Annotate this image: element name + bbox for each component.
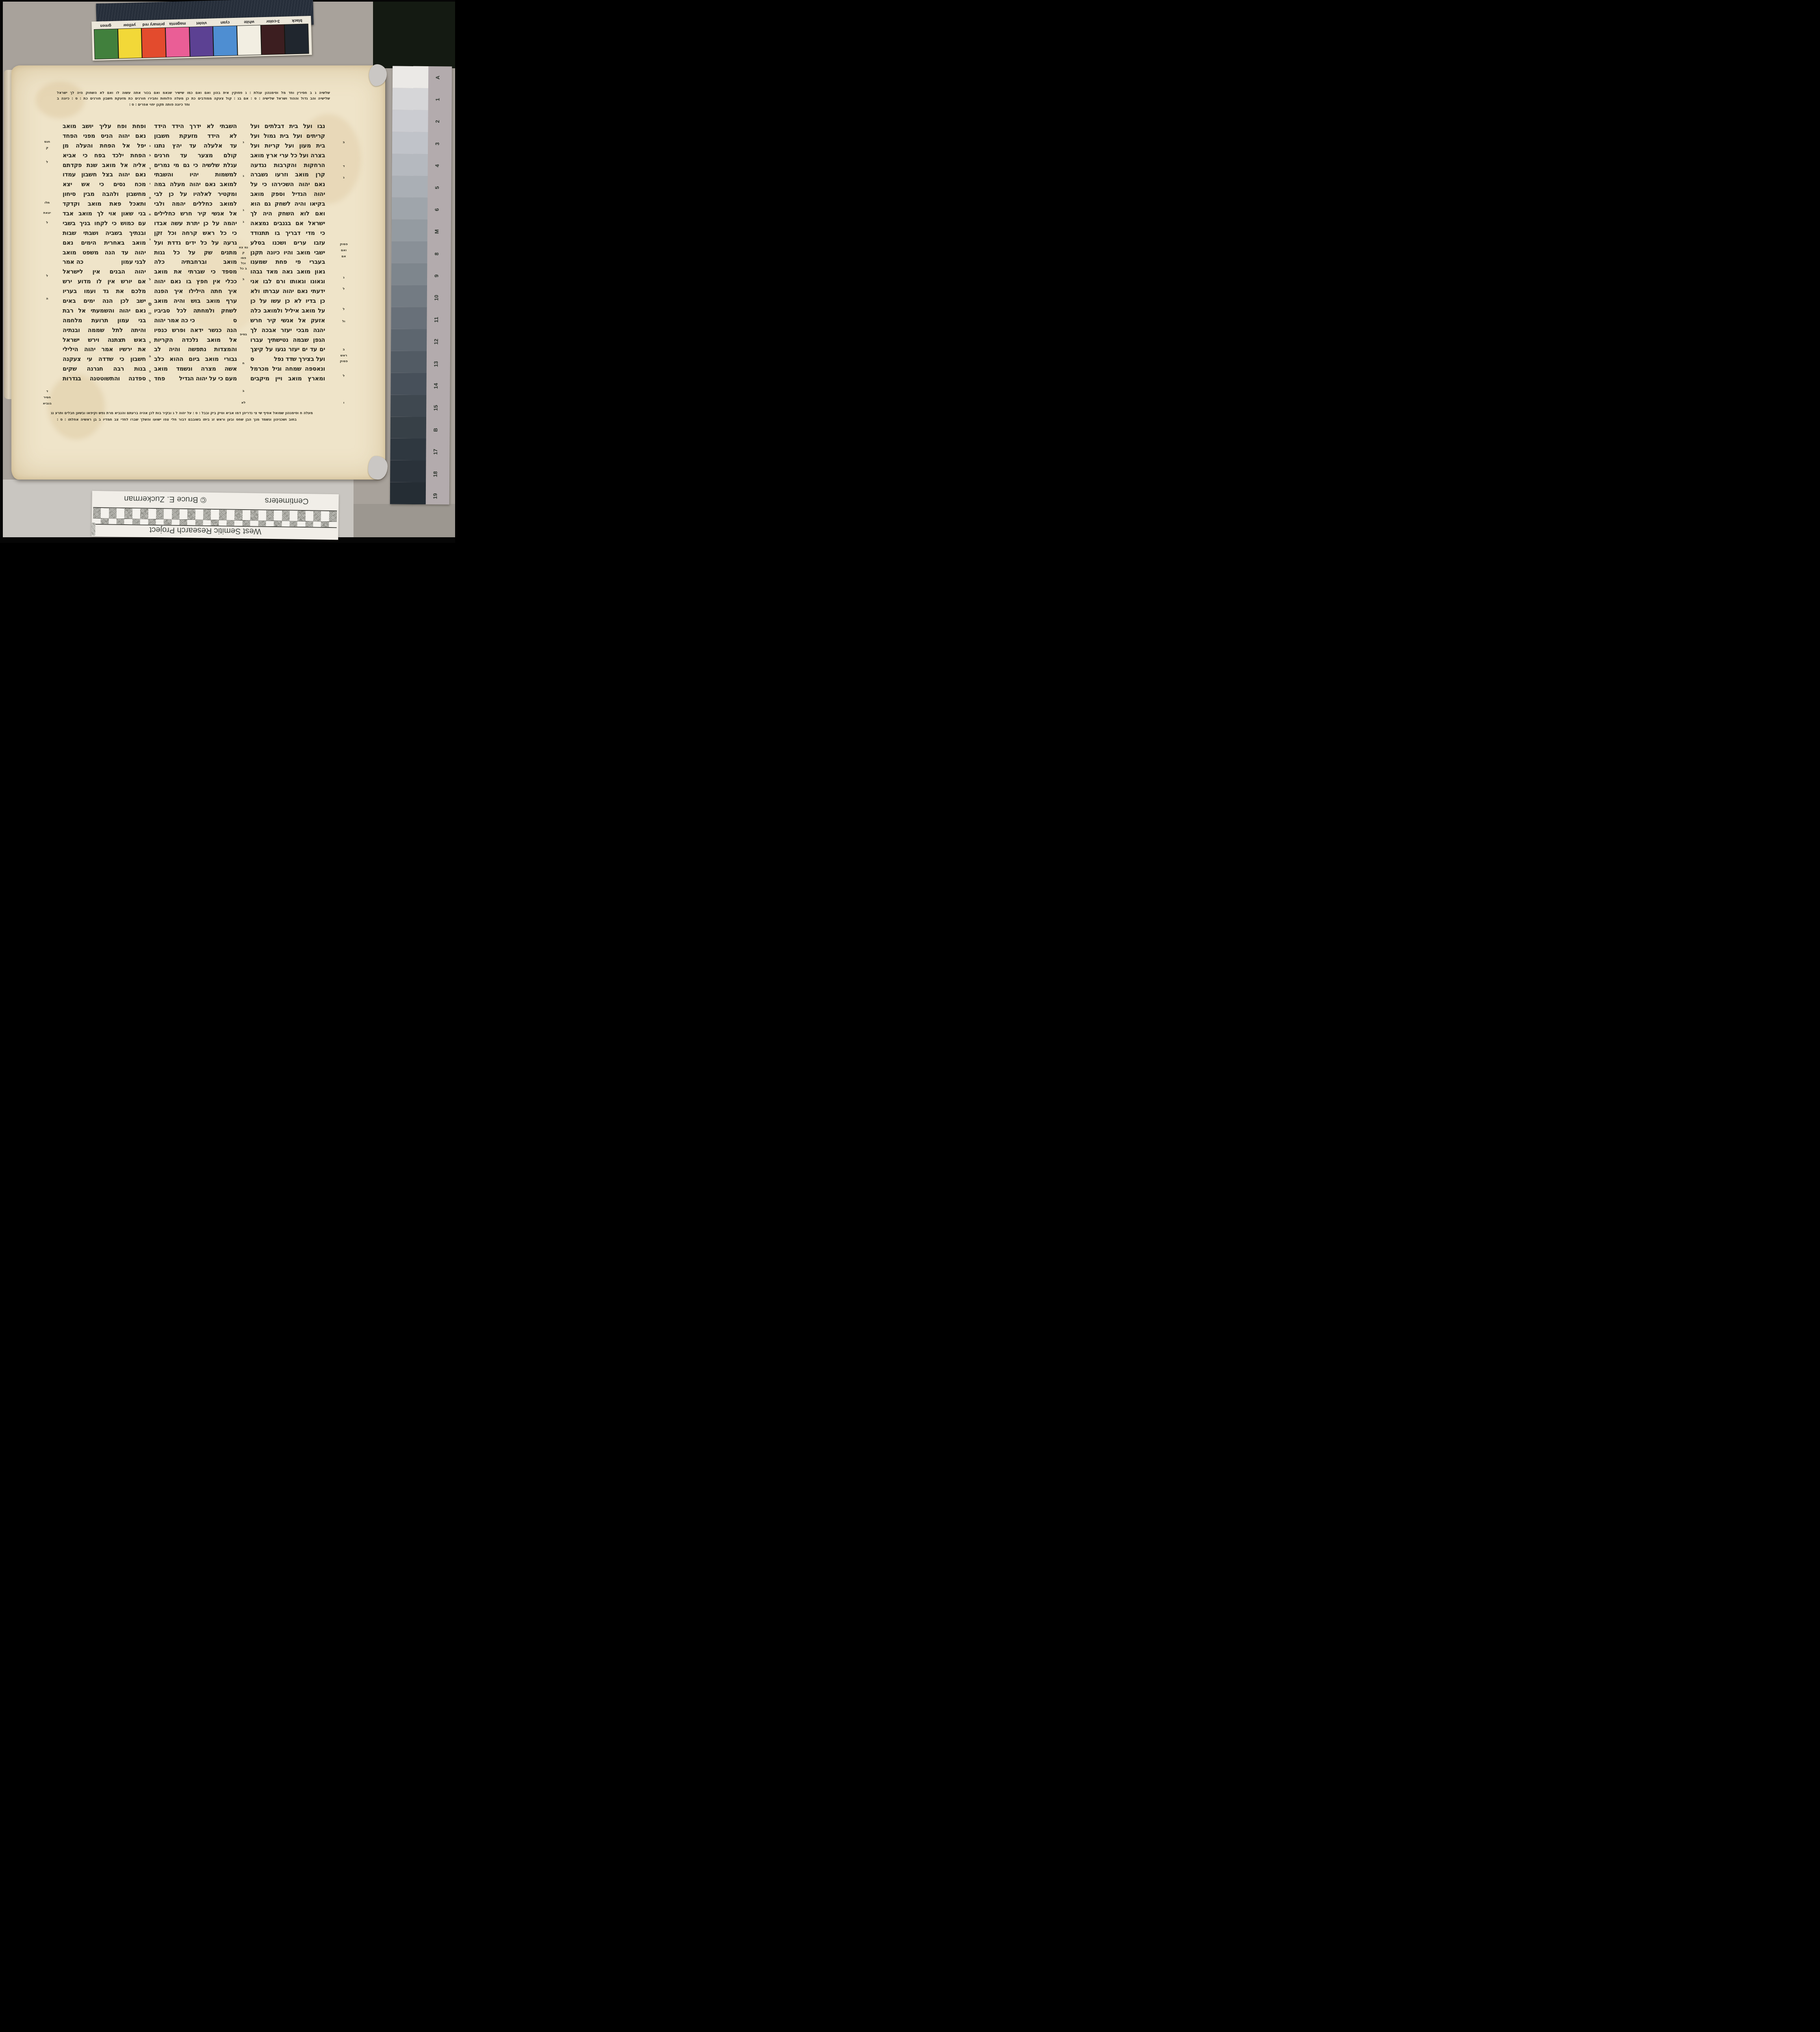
ruler-square [203, 520, 211, 525]
ruler-square [203, 510, 211, 520]
backdrop-bottom-right [354, 504, 455, 537]
text-line: ים עד ים יעזר נגעו על קיצך [250, 345, 325, 355]
gray-step [391, 329, 427, 351]
text-line: מחשבון ולהבה מבין סיחון [63, 190, 146, 200]
text-line: בקיאו והיה לשחק גם הוא [250, 200, 325, 209]
masorah-parva-note: ל [336, 307, 352, 311]
gray-scale-label: 1 [434, 93, 440, 106]
gray-step [392, 219, 427, 241]
masorah-parva-note: ד [336, 164, 352, 168]
column-middle: השבתי לא ידרך הידד הידדלא הידד מזעקת חשב… [154, 122, 237, 384]
masorah-parva-note: לא [237, 401, 249, 404]
calibration-label: cyan [213, 18, 237, 26]
text-segment: ס [233, 316, 237, 326]
text-line: מספד כי שברתי את מואב [154, 267, 237, 277]
ruler-square [305, 521, 313, 527]
masorah-parva-note: ל [145, 379, 154, 383]
gray-step [390, 417, 426, 439]
ruler-square [164, 509, 172, 519]
gray-step [392, 176, 427, 198]
masorah-parva-note: חסיר [38, 395, 56, 399]
gray-step [391, 285, 427, 307]
text-line: ספדנה והתשוטטנה בגדרות [63, 374, 146, 384]
text-line: לבני עמוןכה אמר [63, 258, 146, 267]
calibration-label: magenta [165, 20, 189, 28]
masorah-parva-note: ג [237, 220, 249, 224]
masorah-magna-bottom-line1: מעלה ח וסימנהון שמואל אסיף שי צי נדריהן … [51, 410, 313, 416]
gray-step [393, 88, 428, 110]
ruler-square [250, 521, 258, 526]
gray-step [391, 263, 427, 285]
gray-scale-label: M [434, 226, 440, 238]
column-right: נבו ועל בית דבלתים ועלקריתים ועל בית גמו… [250, 122, 325, 384]
text-line: ישבי מואב והיו כיונה תקנן [250, 248, 325, 258]
masorah-parva-note: ק [38, 146, 56, 150]
ruler-square [211, 510, 219, 520]
text-line: למואב נאם יהוה מעלה במה [154, 180, 237, 190]
text-line: מואב באחרית הימים נאם [63, 239, 146, 248]
ruler-square [242, 521, 250, 526]
ruler-square [180, 509, 188, 519]
masorah-parva-note: תלו [38, 201, 56, 204]
masorah-parva-note: ב [237, 277, 249, 281]
text-line: באש תצתנה וירש ישראל [63, 336, 146, 345]
text-line: למשמות יהיו והשבתי [154, 170, 237, 180]
text-line: כן בדיו לא כן עשו על כן [250, 297, 325, 306]
text-line: עד אלעלה עד יהץ נתנו [154, 141, 237, 151]
text-line: יהוה הגדיל וספק מואב [250, 190, 325, 200]
text-line: ישראל אם בגנבים נמצאה [250, 219, 325, 229]
text-line: ובנתיך בשביה ושבתי שבות [63, 229, 146, 239]
ruler-square [274, 510, 282, 521]
text-segment: לבני עמון [121, 258, 146, 267]
masorah-parva-note: ואם [336, 248, 352, 252]
text-line: יהוה עד הנה משפט מואב [63, 248, 146, 258]
gray-scale-label: 5 [434, 182, 440, 194]
gray-scale-label: 13 [433, 358, 439, 370]
masorah-parva-note: כו [145, 311, 154, 315]
text-line: ידעתי נאם יהוה עברתו ולא [250, 287, 325, 297]
marg-gutter_right: גגגגנמ צאקפסווכלב כלבבסיפחבלא [237, 0, 249, 543]
text-line: את ירשיו אמר יהוה הילילי [63, 345, 146, 355]
gray-scale-label: 11 [433, 314, 439, 326]
gray-scale-label: 3 [434, 137, 440, 150]
calibration-label: 3-color [261, 17, 285, 25]
text-line: בנות רבה חגרנה שקים [63, 365, 146, 374]
ruler-square [313, 511, 321, 521]
ruler-square [290, 511, 298, 521]
text-line: למואב כחללים יהמה ולבי [154, 200, 237, 209]
gray-scale-label: 15 [433, 402, 439, 414]
ruler-square [219, 520, 227, 525]
backdrop-dark-corner [373, 2, 455, 68]
masorah-parva-note: ל [38, 160, 56, 164]
text-line: אם יורש אין לו מדוע ירש [63, 277, 146, 287]
masorah-parva-note: פסו [237, 256, 249, 260]
text-line: אל אנשי קיר חרש כחלילים [154, 209, 237, 219]
gray-step [392, 198, 427, 219]
gray-scale-label: 4 [434, 159, 440, 172]
gray-labels: A123456M89101112131415B171819 [426, 66, 452, 504]
color-patch-magenta [166, 27, 190, 57]
text-segment: פחד [154, 374, 165, 384]
masorah-parva-note: ג [237, 208, 249, 212]
ruler-square [187, 520, 195, 525]
text-segment: מעם כי על יהוה הגדיל [179, 374, 237, 384]
text-line: ערף מואב בוש והיה מואב [154, 297, 237, 306]
masorah-parva-note: ה [145, 196, 154, 200]
ruler-square [234, 510, 243, 520]
ruler-square [313, 521, 321, 527]
text-line: מתנים שק על כל גגות [154, 248, 237, 258]
calibration-label: green [93, 21, 117, 29]
text-line: גרעה על כל ידים גדדת ועל [154, 239, 237, 248]
ruler-end-strip [91, 523, 95, 536]
masorah-parva-note: פסוק [336, 242, 352, 246]
masorah-parva-note: ס [145, 302, 154, 306]
gray-step [393, 66, 428, 88]
masorah-parva-note: ג [336, 276, 352, 279]
ruler-square [124, 519, 132, 524]
masorah-parva-note: ראש [336, 354, 352, 357]
gray-scale-card: A123456M89101112131415B171819 [390, 66, 452, 505]
text-line: מעם כי על יהוה הגדילפחד [154, 374, 237, 384]
ruler-square [234, 521, 243, 526]
text-line: ותאכל פאת מואב וקדקד [63, 200, 146, 209]
photograph: greenyellowprimary redmagentavioletcyanw… [0, 0, 455, 543]
ruler-square [227, 510, 235, 520]
gray-step [390, 373, 426, 395]
ruler-square [297, 511, 306, 521]
text-line: נאם יהוה השכירהו כי על [250, 180, 325, 190]
masorah-parva-note: ל [336, 374, 352, 378]
color-card: greenyellowprimary redmagentavioletcyanw… [91, 16, 312, 61]
ruler-square [274, 521, 282, 526]
gray-scale-label: 9 [434, 269, 440, 282]
color-calibration-bar: greenyellowprimary redmagentavioletcyanw… [91, 0, 315, 61]
gray-scale-label: 17 [432, 446, 438, 458]
ruler-square [297, 521, 306, 527]
masorah-parva-note: ד [145, 167, 154, 170]
ruler-square [321, 511, 329, 521]
gray-step [392, 154, 428, 176]
text-line: וגאונו וגאותו ורם לבו אני [250, 277, 325, 287]
masorah-parva-note: וכל [237, 261, 249, 265]
ruler-square [148, 509, 156, 519]
ruler-square [180, 520, 188, 525]
text-line: על מואב איליל ולמואב כלה [250, 306, 325, 316]
text-line: בית מעון ועל קריות ועל [250, 141, 325, 151]
ruler-square [306, 511, 314, 521]
ruler-square [187, 509, 195, 519]
masorah-parva-note: ו [336, 401, 352, 404]
ruler-square [140, 519, 148, 524]
text-line: הנה כנשר ידאה ופרש כנפיו [154, 326, 237, 336]
masorah-parva-note: ד [38, 389, 56, 393]
ruler-square [171, 520, 180, 525]
masorah-parva-note: ק [237, 251, 249, 254]
calibration-label: yellow [117, 21, 141, 29]
text-line: איך חתה הילילו איך הפנה [154, 287, 237, 297]
text-line: חשבון כי שדדה עי צעקנה [63, 355, 146, 365]
ruler-square [282, 521, 290, 526]
gray-step [392, 110, 428, 132]
ruler-square [132, 519, 140, 524]
text-line: ומארץ מואב ויין מיקבים [250, 374, 325, 384]
copyright-label: © Bruce E. Zuckerman [104, 493, 226, 504]
masorah-parva-note: ח [145, 213, 154, 216]
ruler-square [164, 519, 172, 525]
gray-scale-label: 14 [433, 380, 439, 392]
color-patch-black [285, 24, 309, 54]
text-line: יהגה מבכי יעזר אבכה לך [250, 326, 325, 336]
ruler-square [195, 520, 203, 525]
calibration-label: black [285, 16, 309, 24]
text-line: קולם מצער עד חרנים [154, 151, 237, 161]
color-patch-yellow [118, 28, 142, 58]
ruler-square [140, 508, 148, 519]
text-line: כי כל ראש קרחה וכל זקן [154, 229, 237, 239]
masorah-magna-top-line3: וחד כיונה פותה תקנן יחוי אפרים ׃ ס ׃ [120, 102, 199, 108]
gray-step [391, 241, 427, 263]
project-label: West Semitic Research Project [120, 525, 291, 536]
masorah-parva-note: ו [145, 182, 154, 185]
masorah-parva-note: ב [237, 389, 249, 393]
masorah-parva-note: ג [145, 237, 154, 241]
text-line: כי מדי דבריך בו תתנודד [250, 229, 325, 239]
color-patch-violet [190, 26, 214, 56]
gray-step [390, 482, 426, 504]
masorah-parva-note: ח [237, 361, 249, 365]
text-line: נאם יהוה והשמעתי אל רבת [63, 306, 146, 316]
text-line: אשה מצרה ונשמד מואב [154, 365, 237, 374]
text-line: קרן מואב וזרעו נשברה [250, 170, 325, 180]
masorah-parva-note: ב [145, 340, 154, 344]
masorah-parva-note: ל [145, 278, 154, 281]
ruler-square [124, 508, 132, 519]
text-line: לשחק ולמחתה לכל סביביו [154, 306, 237, 316]
calibration-patches [94, 24, 309, 59]
masorah-parva-note: ול [336, 319, 352, 323]
text-line: יהוה הבנים אין לישראל [63, 267, 146, 277]
ruler-square [250, 510, 258, 520]
ruler-square [156, 509, 164, 519]
text-segment: ס [250, 355, 254, 365]
ruler-square [329, 522, 337, 527]
text-line: גבורי מואב ביום ההוא כלב [154, 355, 237, 365]
text-segment: כי כה אמר יהוה [154, 316, 195, 326]
masorah-parva-note: ב כל [237, 267, 249, 270]
ruler-square [156, 519, 164, 525]
masorah-parva-note: אם [336, 254, 352, 258]
color-patch-3-color [261, 25, 285, 54]
gray-scale-label: 18 [432, 468, 438, 480]
text-line: גאון מואב גאה מאד גבהו [250, 267, 325, 277]
ruler-square [258, 521, 266, 526]
gray-scale-label: B [432, 424, 438, 436]
calibration-label: violet [189, 19, 213, 27]
text-line: עם כמוש כי לקחו בניך בשבי [63, 219, 146, 229]
color-patch-green [94, 29, 118, 59]
text-line: יהמה על כן יתרת עשה אבדו [154, 219, 237, 229]
text-line: קריתים ועל בית גמול ועל [250, 132, 325, 141]
text-line: מכח נסים כי אש יצא [63, 180, 146, 190]
text-line: השבתי לא ידרך הידד הידד [154, 122, 237, 132]
text-line: ומקטיר לאלהיו על כן לבי [154, 190, 237, 200]
ruler-square [282, 510, 290, 521]
text-line: אליה אל מואב שנת פקדתם [63, 161, 146, 171]
masorah-parva-note: בסיפ [237, 332, 249, 336]
ruler-square [258, 510, 266, 520]
text-line: ישב לכן הנה ימים באים [63, 297, 146, 306]
masorah-parva-note: ב [145, 369, 154, 373]
text-line: ופחת ופח עליך יושב מואב [63, 122, 146, 132]
gray-scale-label: 12 [433, 336, 439, 348]
ruler-square [93, 508, 101, 518]
gray-scale-label: 2 [434, 115, 440, 128]
gray-scale-label: 19 [432, 490, 438, 502]
ruler-square [132, 508, 141, 519]
masorah-parva-note: פסוק [336, 359, 352, 363]
gray-scale-label: 10 [433, 292, 439, 304]
text-line: לא הידד מזעקת חשבון [154, 132, 237, 141]
masorah-parva-note: ל [38, 274, 56, 278]
marg-outer_left: חנסקלתלויצאתללהדחסירבנביא [38, 0, 56, 543]
gray-scale-label: 6 [434, 204, 440, 216]
gray-step [391, 351, 427, 373]
centimeters-label: Centimeters [252, 495, 321, 506]
gray-step [390, 460, 426, 482]
masorah-parva-note: ג [237, 140, 249, 144]
text-line: עזבו ערים ושכנו בסלע [250, 239, 325, 248]
masorah-parva-note: יצאת [38, 211, 56, 215]
masorah-parva-note: נמ צא [237, 245, 249, 249]
text-line: סכי כה אמר יהוה [154, 316, 237, 326]
gray-wedge [390, 66, 429, 505]
text-line: נאם יהוה הניס מפני הפחד [63, 132, 146, 141]
text-line: עגלת שלשיה כי גם מי נמרים [154, 161, 237, 171]
text-line: והמצדות נתפשה והיה לב [154, 345, 237, 355]
text-line: הפחת ילכד בפח כי אביא [63, 151, 146, 161]
text-segment: כה אמר [63, 258, 83, 267]
text-line: אל מואב נלכדה הקריות [154, 336, 237, 345]
ruler-square [108, 519, 117, 524]
ruler-square [219, 510, 227, 520]
ruler-square [243, 510, 251, 520]
gray-step [391, 307, 427, 329]
masorah-parva-note: ב [145, 153, 154, 157]
ruler-square [227, 520, 235, 525]
marg-outer_right: בדגפסוקואםאםגללולבראשפסוקלו [336, 0, 352, 543]
masorah-parva-note: ג [237, 174, 249, 178]
masorah-parva-note: ה [38, 297, 56, 300]
masorah-parva-note: ב [336, 140, 352, 144]
text-line: והיתה לתל שממה ובנתיה [63, 326, 146, 336]
text-segment: ועל בצירך שדד נפל [274, 355, 325, 365]
text-line: מלכם את גד ועמו בעריו [63, 287, 146, 297]
text-line: ונאספה שמחה וגיל מכרמל [250, 365, 325, 374]
ruler-square [290, 521, 298, 527]
gray-scale-label: 8 [434, 247, 440, 260]
masorah-parva-note: ג [336, 176, 352, 179]
text-line: בעברי פי פחת שמענו [250, 258, 325, 267]
ruler-square [117, 508, 125, 519]
text-line: נאם יהוה בצל חשבון עמדו [63, 170, 146, 180]
text-line: יפל אל הפחת והעלה מן [63, 141, 146, 151]
ruler-square [171, 509, 180, 519]
ruler-square [117, 519, 125, 524]
ruler-square [109, 508, 117, 518]
ruler-square [329, 511, 337, 521]
text-line: הרחקות והקרבות נגדעה [250, 161, 325, 171]
masorah-magna-top-line1: שלשיה ג ב חסירין וחד מל וסימנהון עגלת ׃ … [57, 90, 330, 96]
color-patch-cyan [213, 26, 237, 56]
masorah-parva-note: חנס [38, 140, 56, 143]
ruler-card: Centimeters © Bruce E. Zuckerman West Se… [91, 491, 339, 540]
gray-step [390, 395, 426, 417]
ruler-square [211, 520, 219, 525]
masorah-parva-note: ב [336, 347, 352, 351]
text-line: נבו ועל בית דבלתים ועל [250, 122, 325, 132]
ruler-square [148, 519, 156, 525]
text-line: ועל בצירך שדד נפלס [250, 355, 325, 365]
masorah-parva-note: ל [336, 287, 352, 291]
gray-step [390, 439, 426, 460]
ruler-square [266, 510, 274, 521]
column-left: ופחת ופח עליך יושב מואבנאם יהוה הניס מפנ… [63, 122, 146, 384]
ruler-square [101, 508, 109, 518]
text-line: אזעק אל אנשי קיר חרש [250, 316, 325, 326]
text-line: ואם לוא השחק היה לך [250, 209, 325, 219]
gray-scale-label: A [435, 72, 441, 84]
gray-step [392, 132, 428, 154]
ruler-square [266, 521, 274, 526]
text-line: ככלי אין חפץ בו נאם יהוה [154, 277, 237, 287]
text-line: בני עמון תרועת מלחמה [63, 316, 146, 326]
text-line: מואב וברחבתיה כלה [154, 258, 237, 267]
ruler-square [101, 519, 109, 524]
masorah-parva-note: בנביא [38, 402, 56, 405]
masorah-magna-top-line2: שלישיה והב גדול וההוד ושראל שלישיה ׃ ס ׃… [57, 96, 330, 102]
text-line: בצרה ועל כל ערי ארץ מואב [250, 151, 325, 161]
masorah-parva-note: ל [38, 221, 56, 224]
marg-gutter_left: גבדוהחגלסכובהבל [145, 0, 154, 543]
text-line: הגפן שבמה נטישתיך עברו [250, 336, 325, 345]
masorah-parva-note: ג [145, 144, 154, 148]
masorah-parva-note: ה [145, 354, 154, 358]
ruler-square [321, 522, 329, 527]
ruler-square [195, 509, 204, 519]
text-line: בני שאון אוי לך מואב אבד [63, 209, 146, 219]
masorah-magna-bottom-line2: בחוב ושכניהון ונשמד מנך הבן שחס ובען ורא… [57, 417, 297, 423]
